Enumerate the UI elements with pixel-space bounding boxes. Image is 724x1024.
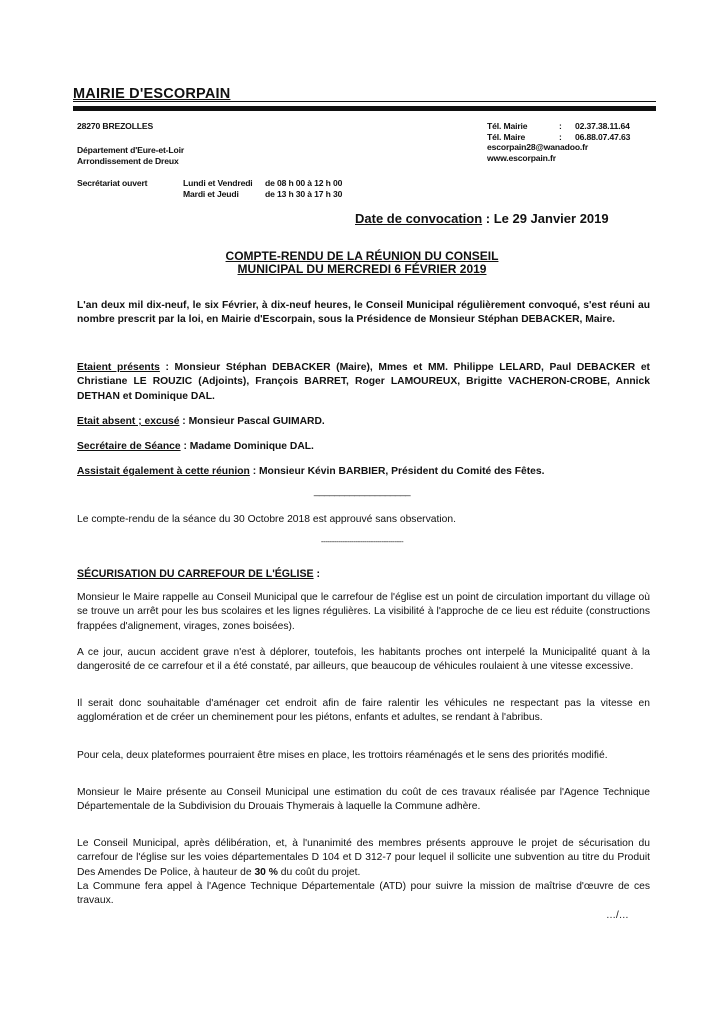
section-paragraph: A ce jour, aucun accident grave n'est à …	[77, 646, 650, 675]
secretary-label: Secrétaire de Séance	[77, 441, 181, 452]
opening-hours: Secrétariat ouvert Lundi et Vendredi de …	[77, 178, 342, 199]
hours-times: de 13 h 30 à 17 h 30	[265, 189, 342, 200]
header-rule-thin	[73, 101, 656, 102]
convocation-label: Date de convocation	[355, 211, 482, 226]
atd-statement: La Commune fera appel à l'Agence Techniq…	[77, 881, 650, 906]
guest-attendee: Assistait également à cette réunion : Mo…	[77, 465, 650, 479]
department: Département d'Eure-et-Loir	[77, 145, 184, 156]
convocation-date: Date de convocation : Le 29 Janvier 2019	[355, 211, 609, 226]
council-decision: Le Conseil Municipal, après délibération…	[77, 837, 650, 908]
phone-mairie-label: Tél. Mairie	[487, 121, 559, 132]
address: 28270 BREZOLLES	[77, 121, 153, 132]
arrondissement: Arrondissement de Dreux	[77, 156, 179, 167]
absent-label: Etait absent ; excusé	[77, 416, 179, 427]
section-paragraph: Il serait donc souhaitable d'aménager ce…	[77, 697, 650, 726]
hours-days: Mardi et Jeudi	[183, 189, 265, 200]
phone-mairie-value: 02.37.38.11.64	[575, 121, 630, 132]
hours-label: Secrétariat ouvert	[77, 178, 183, 189]
intro-paragraph: L'an deux mil dix-neuf, le six Février, …	[77, 299, 650, 328]
hours-row: Mardi et Jeudi de 13 h 30 à 17 h 30	[77, 189, 342, 200]
email-link[interactable]: escorpain28@wanadoo.fr	[487, 142, 630, 153]
separator-line: --------------------------------------	[0, 537, 724, 546]
session-secretary: Secrétaire de Séance : Madame Dominique …	[77, 440, 650, 454]
contact-row: Tél. Maire : 06.88.07.47.63	[487, 132, 630, 143]
present-label: Etaient présents	[77, 362, 160, 373]
separator-line: ___________________	[0, 486, 724, 497]
hours-times: de 08 h 00 à 12 h 00	[265, 178, 342, 189]
phone-maire-label: Tél. Maire	[487, 132, 559, 143]
guest-label: Assistait également à cette réunion	[77, 466, 250, 477]
absent-members: Etait absent ; excusé : Monsieur Pascal …	[77, 415, 650, 429]
contact-row: Tél. Mairie : 02.37.38.11.64	[487, 121, 630, 132]
title-line-1: COMPTE-RENDU DE LA RÉUNION DU CONSEIL	[226, 249, 499, 263]
hours-row: Secrétariat ouvert Lundi et Vendredi de …	[77, 178, 342, 189]
continued-marker: …/…	[606, 910, 629, 921]
phone-maire-value: 06.88.07.47.63	[575, 132, 630, 143]
section-heading: SÉCURISATION DU CARREFOUR DE L'ÉGLISE :	[77, 568, 320, 580]
section-paragraph: Pour cela, deux plateformes pourraient ê…	[77, 749, 650, 763]
hours-days: Lundi et Vendredi	[183, 178, 265, 189]
subsidy-percent: 30 %	[254, 867, 277, 878]
section-paragraph: Monsieur le Maire présente au Conseil Mu…	[77, 786, 650, 815]
convocation-value: : Le 29 Janvier 2019	[482, 211, 608, 226]
header-rule-thick	[73, 106, 656, 111]
website-link[interactable]: www.escorpain.fr	[487, 153, 630, 164]
document-title: COMPTE-RENDU DE LA RÉUNION DU CONSEIL MU…	[0, 250, 724, 276]
title-line-2: MUNICIPAL DU MERCREDI 6 FÉVRIER 2019	[238, 262, 487, 276]
mairie-title: MAIRIE D'ESCORPAIN	[73, 86, 230, 102]
approval-statement: Le compte-rendu de la séance du 30 Octob…	[77, 513, 650, 527]
section-paragraph: Monsieur le Maire rappelle au Conseil Mu…	[77, 591, 650, 634]
contact-block: Tél. Mairie : 02.37.38.11.64 Tél. Maire …	[487, 121, 630, 163]
present-members: Etaient présents : Monsieur Stéphan DEBA…	[77, 361, 650, 404]
